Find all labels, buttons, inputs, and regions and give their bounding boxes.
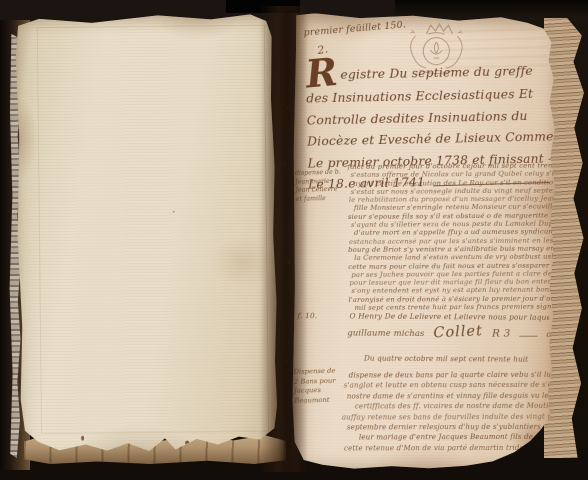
left-blank-page <box>13 10 282 463</box>
manuscript-line: nostre dame de s'arantins et vinnay fill… <box>341 391 553 402</box>
title-initial-capital: R <box>305 59 339 88</box>
manuscript-line: septembre dernier relesjours d'huy de s'… <box>341 422 553 433</box>
signature-rule <box>519 336 537 337</box>
ink-speck <box>81 436 84 441</box>
manuscript-line: s'ony entendent est eyst ny est apten lu… <box>348 286 554 296</box>
manuscript-line: dispense de deux bans par la quarte clai… <box>341 370 553 381</box>
margin-note-line: et famille <box>296 194 342 204</box>
folio-number: f. 10. <box>297 311 341 320</box>
background-shadow-top-right <box>395 0 588 16</box>
ink-speck <box>173 211 175 213</box>
signature-mark: R 3 <box>492 327 510 339</box>
manuscript-line: fille Monsieur s'enringle retenu Monsieu… <box>348 203 554 213</box>
under-sheet-outline <box>37 25 269 434</box>
folio-reference-row: f. 10. O Henry De de Lelievre et Lelievr… <box>297 311 549 322</box>
margin-note-line: dispense de b. <box>295 169 341 179</box>
second-entry-text: dispense de deux bans par la quarte clai… <box>341 370 553 454</box>
background-shadow <box>226 0 300 13</box>
manuscript-line: s'anglot et leutte en obtenu cusp sans n… <box>341 380 553 391</box>
margin-note-first-entry: dispense de b. Jean marie Jean Lelievre … <box>295 169 342 205</box>
first-entry-text: faict du premier jour d'octobre cejour m… <box>348 161 555 312</box>
folio-line-text: O Henry De de Lelievre et Lelievre nous … <box>349 311 549 321</box>
signature-row: guillaume michas Collet R 3 o <box>347 323 551 340</box>
margin-note-line: 2 Bans pour <box>294 376 336 387</box>
witness-name: guillaume michas <box>347 327 424 338</box>
title-line-1: egistre Du septieme du greffe <box>340 60 533 86</box>
manuscript-line: auffay retenue ses bans de fourvilles in… <box>341 411 553 422</box>
margin-note-line: Jean Lelievre <box>295 186 341 196</box>
manuscript-line: estanchas accensé par que les s'antes s'… <box>348 236 554 246</box>
right-manuscript-page: premier feüillet 150. 2. R egistre Du se… <box>290 13 559 471</box>
margin-note-second-entry: Dispense de 2 Bans pour Jacques Beaumont <box>293 367 336 407</box>
manuscript-line: certifficats des ff. vicaires de nostre … <box>341 401 553 412</box>
manuscript-photo: premier feüillet 150. 2. R egistre Du se… <box>0 0 588 480</box>
folio-header-note: premier feüillet 150. <box>303 19 406 38</box>
margin-note-line: Beaumont <box>294 395 336 406</box>
manuscript-line: leur mariage d'entre Jacques Beaumont fi… <box>341 432 553 443</box>
manuscript-line: la Ceremonie land s'estan aventum de vry… <box>348 253 554 263</box>
second-entry-date-heading: Du quatre octobre mil sept cent trente h… <box>349 353 543 363</box>
notary-signature: Collet <box>433 323 483 341</box>
manuscript-line: cette retenue d'Mon de via parté demarti… <box>341 443 553 454</box>
